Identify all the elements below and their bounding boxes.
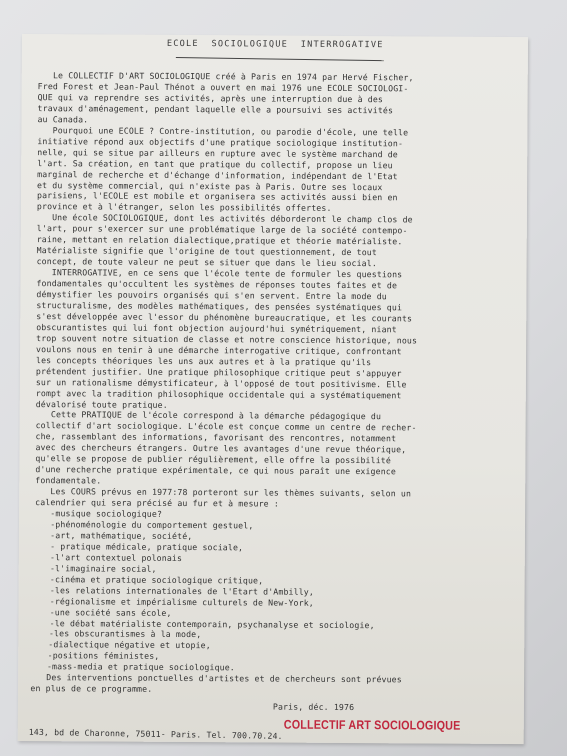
text-line: dévalorisé toute pratique. [36,399,168,410]
text-line: -l'imaginaire social, [35,563,157,574]
text-line: -régionalisme et impérialisme culturels … [35,596,314,608]
address-line: 143, bd de Charonne, 75011- Paris. Tel. … [29,727,283,741]
document-title: ECOLE SOCIOLOGIQUE INTERROGATIVE [167,39,384,50]
text-line: travaux d'aménagement, pendant laquelle … [38,103,394,115]
text-line: province et à l'étranger, selon les poss… [37,201,332,213]
text-line: au Canada. [37,114,88,124]
text-line: -les obscurantismes à la mode, [34,629,202,640]
text-line: -phénoménologie du comportement gestuel, [35,519,253,530]
text-line: -cinéma et pratique sociologique critiqu… [35,574,264,585]
typewritten-letter: ECOLE SOCIOLOGIQUE INTERROGATIVE Le COLL… [18,34,528,744]
text-line: -musique sociologique? [35,508,162,519]
title-underline [176,57,384,61]
text-line: fondamentale. [35,475,101,485]
text-line: -l'art contextuel polonais [35,552,182,563]
text-line: -les relations internationales de l'Etar… [35,585,314,597]
text-line: - pratique médicale, pratique sociale, [35,541,243,552]
text-line: les concepts théoriques les uns aux autr… [36,355,371,367]
text-line: -art, mathématique, société, [35,530,193,541]
text-line: -dialectique négative et utopie, [33,639,211,650]
collective-stamp: COLLECTIF ART SOCIOLOGIQUE [284,718,461,733]
text-line: -positions féministes, [32,650,159,661]
text-line: en plus de ce programme. [30,683,152,694]
date-line: Paris, déc. 1976 [273,702,354,712]
text-line: -mass-media et pratique sociologique. [32,661,235,672]
text-line: calendrier qui sera précisé au fur et à … [35,497,279,508]
text-line: -une société sans école, [34,607,171,618]
